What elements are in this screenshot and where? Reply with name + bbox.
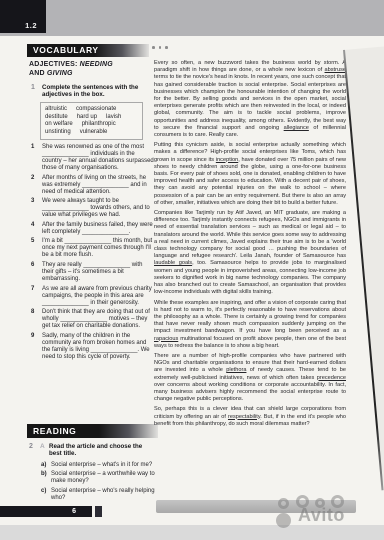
page-number-accent-square — [95, 506, 102, 517]
sentence-text: As we are all aware from previous charit… — [42, 286, 155, 307]
sentence-item: 6 They are really ______________ with th… — [31, 262, 155, 283]
page-number: 6 — [72, 508, 76, 515]
article-paragraph: So, perhaps this is a clever idea that c… — [154, 406, 346, 428]
sentence-item: 9 Sadly, many of the children in the com… — [31, 333, 155, 361]
sentence-number: 3 — [31, 198, 42, 219]
unit-number-tab: 1.2 — [0, 0, 46, 33]
sentence-item: 5 I'm a bit ______________ this month, b… — [31, 238, 155, 259]
unit-number-label: 1.2 — [25, 21, 37, 30]
option-text: Social enterprise – what's in it for me? — [51, 462, 155, 469]
sentence-text: We were always taught to be ____________… — [42, 198, 155, 219]
word-box-word: unstinting — [45, 129, 71, 137]
sentence-text: After months of living on the streets, h… — [42, 175, 155, 196]
title-option: a) Social enterprise – what's in it for … — [41, 462, 155, 469]
article-paragraph: Every so often, a new buzzword takes the… — [154, 60, 346, 139]
title-options-list: a) Social enterprise – what's in it for … — [41, 462, 155, 504]
sentence-number: 7 — [31, 286, 42, 307]
adjective-word-box: altruistic compassionate destitute hard … — [40, 102, 143, 140]
option-letter: b) — [41, 471, 51, 485]
option-letter: a) — [41, 462, 51, 469]
article-paragraph: Putting this cynicism aside, is social e… — [154, 142, 346, 207]
article-paragraph: There are a number of high-profile compa… — [154, 353, 346, 403]
word-box-word: destitute — [45, 114, 68, 122]
watermark-ring-icon — [278, 498, 289, 509]
sentence-number: 6 — [31, 262, 42, 283]
photo-background-top — [0, 0, 384, 36]
reading-section-header: READING — [27, 424, 158, 438]
exercise-1-instruction: Complete the sentences with the adjectiv… — [42, 84, 151, 99]
title-option: c) Social enterprise – who's really help… — [41, 488, 155, 502]
title-option: b) Social enterprise – a worthwhile way … — [41, 471, 155, 485]
exercise-2-instruction: Read the article and choose the best tit… — [49, 443, 151, 458]
word-box-row: destitute hard up lavish — [45, 114, 138, 122]
word-box-row: on welfare philanthropic — [45, 121, 138, 129]
subheading-term2: GIVING — [47, 70, 73, 77]
sentence-text: Don't think that they are doing that out… — [42, 309, 155, 330]
option-letter: c) — [41, 488, 51, 502]
sentence-text: She was renowned as one of the most ____… — [42, 144, 155, 172]
sentence-item: 7 As we are all aware from previous char… — [31, 286, 155, 307]
option-text: Social enterprise – who's really helping… — [51, 488, 155, 502]
exercise-2: 2 A Read the article and choose the best… — [29, 443, 151, 458]
sentence-text: They are really ______________ with thei… — [42, 262, 155, 283]
sentence-item: 2 After months of living on the streets,… — [31, 175, 155, 196]
watermark-text: Avito — [298, 505, 345, 526]
sentence-number: 1 — [31, 144, 42, 172]
exercise-2-number: 2 — [29, 443, 40, 458]
textbook-page-photo: 1.2 VOCABULARY ADJECTIVES: NEEDING AND G… — [0, 0, 384, 540]
sentence-number: 8 — [31, 309, 42, 330]
sentence-text: I'm a bit ______________ this month, but… — [42, 238, 155, 259]
vocabulary-section-header: VOCABULARY — [27, 44, 149, 57]
sentence-text: After the family business failed, they w… — [42, 222, 155, 236]
article-dots-icon — [152, 46, 168, 49]
article-paragraph: Companies like Tarjimly run by Atif Jave… — [154, 210, 346, 296]
watermark-dot-icon — [276, 513, 291, 528]
sentence-number: 4 — [31, 222, 42, 236]
sentence-item: 4 After the family business failed, they… — [31, 222, 155, 236]
word-box-word: compassionate — [76, 106, 116, 114]
word-box-row: unstinting vulnerable — [45, 129, 138, 137]
vocabulary-subheading: ADJECTIVES: NEEDING AND GIVING — [29, 61, 159, 78]
subheading-term1: NEEDING — [80, 61, 113, 68]
word-box-word: on welfare — [45, 121, 73, 129]
word-box-word: lavish — [106, 114, 121, 122]
word-box-word: hard up — [77, 114, 97, 122]
article-body: Every so often, a new buzzword takes the… — [154, 60, 346, 431]
sentence-list: 1 She was renowned as one of the most __… — [31, 144, 155, 363]
sentence-item: 8 Don't think that they are doing that o… — [31, 309, 155, 330]
avito-watermark: Avito — [272, 492, 382, 537]
sentence-item: 1 She was renowned as one of the most __… — [31, 144, 155, 172]
sentence-number: 5 — [31, 238, 42, 259]
sentence-text: Sadly, many of the children in the commu… — [42, 333, 155, 361]
exercise-2-part: A — [40, 443, 49, 458]
option-text: Social enterprise – a worthwhile way to … — [51, 471, 155, 485]
word-box-word: vulnerable — [80, 129, 108, 137]
sentence-number: 9 — [31, 333, 42, 361]
word-box-word: philanthropic — [82, 121, 116, 129]
sentence-item: 3 We were always taught to be __________… — [31, 198, 155, 219]
page-number-bar: 6 — [0, 506, 92, 517]
word-box-row: altruistic compassionate — [45, 106, 138, 114]
sentence-number: 2 — [31, 175, 42, 196]
subheading-conjunction: AND — [29, 70, 45, 77]
exercise-1: 1 Complete the sentences with the adject… — [31, 84, 151, 99]
exercise-1-number: 1 — [31, 84, 42, 99]
article-paragraph: While these examples are inspiring, and … — [154, 300, 346, 350]
word-box-word: altruistic — [45, 106, 67, 114]
subheading-prefix: ADJECTIVES: — [29, 61, 78, 68]
